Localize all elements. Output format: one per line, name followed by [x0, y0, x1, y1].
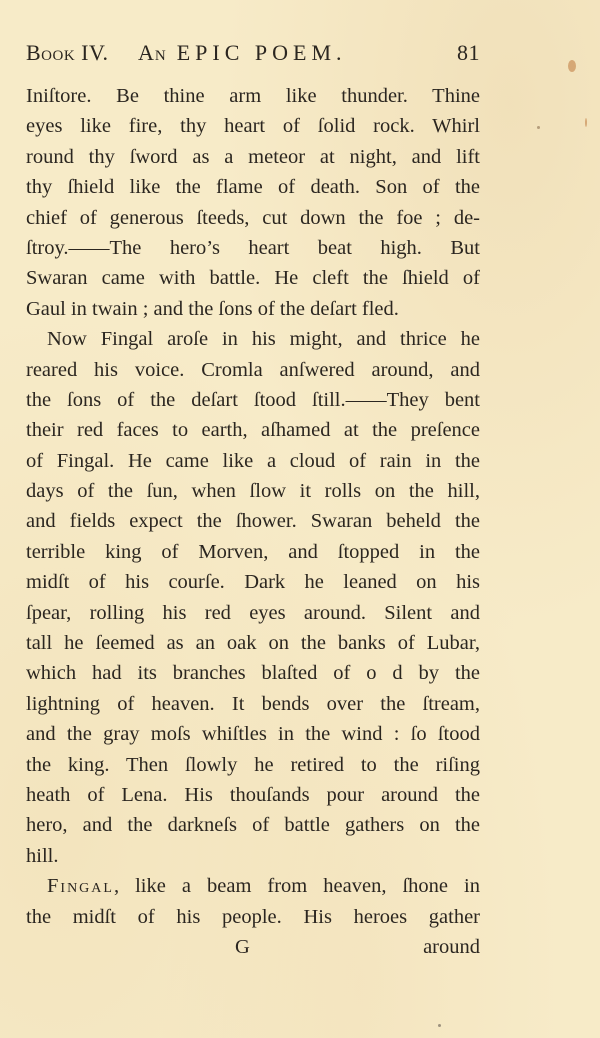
text-line: days of the ſun, when ſlow it rolls on t…	[26, 476, 480, 506]
text-line: of Fingal. He came like a cloud of rain …	[26, 446, 480, 476]
text-line: Now Fingal aroſe in his might, and thric…	[26, 324, 480, 354]
body-text: Iniſtore. Be thine arm like thunder. Thi…	[26, 81, 480, 932]
text-line: thy ſhield like the flame of death. Son …	[26, 172, 480, 202]
text-line: hill.	[26, 841, 480, 871]
text-line: Gaul in twain ; and the ſons of the deſa…	[26, 294, 480, 324]
text-line: tall he ſeemed as an oak on the banks of…	[26, 628, 480, 658]
text-line: Iniſtore. Be thine arm like thunder. Thi…	[26, 81, 480, 111]
text-line: their red faces to earth, aſhamed at the…	[26, 415, 480, 445]
text-line: chief of generous ſteeds, cut down the f…	[26, 203, 480, 233]
text-line: the ſons of the deſart ſtood ſtill.——The…	[26, 385, 480, 415]
text-line-rest: , like a beam from heaven, ſhone in	[114, 875, 480, 897]
text-line: the midſt of his people. His heroes gath…	[26, 902, 480, 932]
text-line: ſpear, rolling his red eyes around. Sile…	[26, 598, 480, 628]
text-line: eyes like fire, thy heart of ſolid rock.…	[26, 111, 480, 141]
running-head-book: Book IV.	[26, 38, 109, 68]
text-line: heath of Lena. His thouſands pour around…	[26, 780, 480, 810]
text-line: Swaran came with battle. He cleft the ſh…	[26, 263, 480, 293]
catchword: around	[423, 932, 480, 962]
running-head: Book IV. AnEPIC POEM. 81	[26, 38, 480, 68]
text-line: round thy ſword as a meteor at night, an…	[26, 142, 480, 172]
text-line: and the gray moſs whiſtles in the wind :…	[26, 719, 480, 749]
text-line: midſt of his courſe. Dark he leaned on h…	[26, 567, 480, 597]
running-head-title: AnEPIC POEM.	[138, 38, 347, 68]
paper-stain	[537, 126, 540, 129]
text-line: terrible king of Morven, and ſtopped in …	[26, 537, 480, 567]
text-line: reared his voice. Cromla anſwered around…	[26, 355, 480, 385]
signature-mark: G	[235, 932, 250, 962]
running-head-title-main: EPIC POEM.	[177, 40, 347, 65]
text-line: the king. Then ſlowly he retired to the …	[26, 750, 480, 780]
running-head-title-prefix: An	[138, 40, 167, 65]
paper-stain	[438, 1024, 441, 1027]
character-name: Fingal	[47, 875, 114, 897]
page-number: 81	[457, 38, 480, 68]
text-line: hero, and the darkneſs of battle gathers…	[26, 810, 480, 840]
page-footer: G around	[26, 932, 480, 962]
text-line: ſtroy.——The hero’s heart beat high. But	[26, 233, 480, 263]
text-line: and fields expect the ſhower. Swaran beh…	[26, 506, 480, 536]
text-line: Fingal, like a beam from heaven, ſhone i…	[26, 871, 480, 901]
text-line: which had its branches blaſted of o d by…	[26, 658, 480, 688]
text-line: lightning of heaven. It bends over the ſ…	[26, 689, 480, 719]
paper-stain	[585, 118, 587, 127]
paper-stain	[568, 60, 576, 72]
